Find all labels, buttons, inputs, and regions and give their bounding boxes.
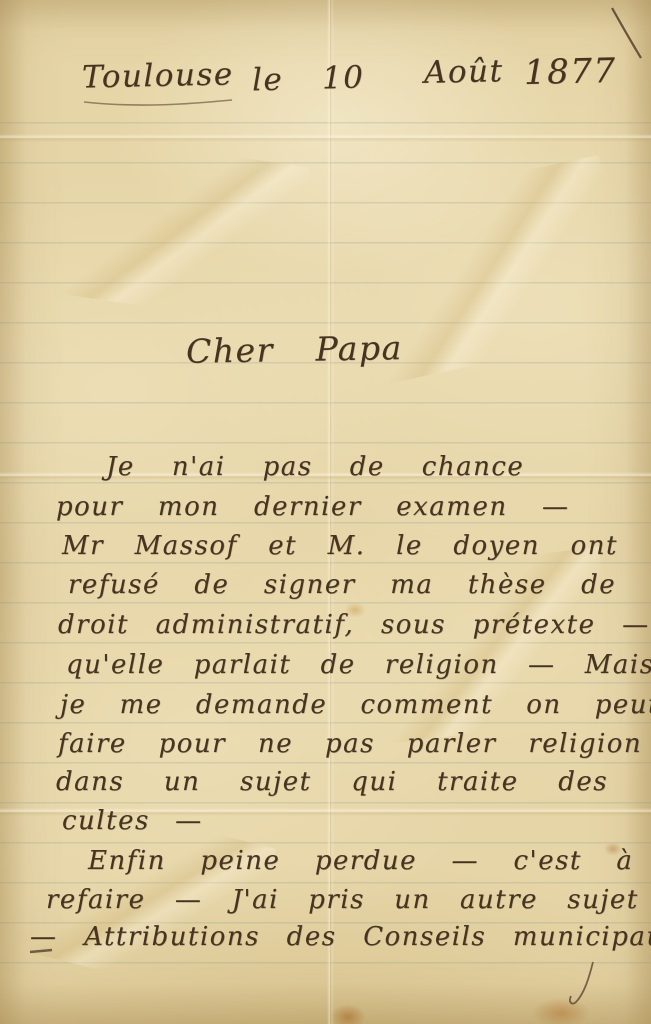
horizontal-fold-crease: [0, 134, 651, 142]
crease-shading: [50, 134, 310, 326]
handwriting-line: cultes —: [62, 806, 203, 836]
salutation: Cher Papa: [186, 328, 403, 371]
handwriting-line: droit administratif, sous prétexte —: [58, 610, 650, 640]
handwriting-line: Mr Massof et M. le doyen ont: [62, 531, 618, 561]
dateline-day: 10: [322, 60, 365, 97]
handwriting-line: qu'elle parlait de religion — Mais: [66, 650, 651, 680]
handwriting-line: refusé de signer ma thèse de: [68, 570, 616, 600]
dateline-prefix: le: [252, 62, 284, 99]
handwriting-line: — Attributions des Conseils municipaux +: [30, 922, 651, 952]
letter-page: Toulouse le 10 Août 1877 Cher Papa Je n'…: [0, 0, 651, 1024]
handwriting-line: faire pour ne pas parler religion: [58, 729, 642, 759]
handwriting-line: pour mon dernier examen —: [56, 492, 570, 522]
handwriting-line: dans un sujet qui traite des: [56, 767, 608, 797]
dateline-place: Toulouse: [82, 56, 234, 95]
handwriting-line: Enfin peine perdue — c'est à: [88, 846, 633, 876]
paper-stain: [330, 1004, 366, 1024]
dateline-month: Août: [424, 53, 504, 91]
dateline-year: 1877: [524, 51, 617, 93]
paper-stain: [532, 998, 590, 1024]
handwriting-line: je me demande comment on peut: [60, 690, 651, 720]
handwriting-line: refaire — J'ai pris un autre sujet —: [46, 885, 651, 915]
handwriting-line: Je n'ai pas de chance: [106, 452, 524, 482]
